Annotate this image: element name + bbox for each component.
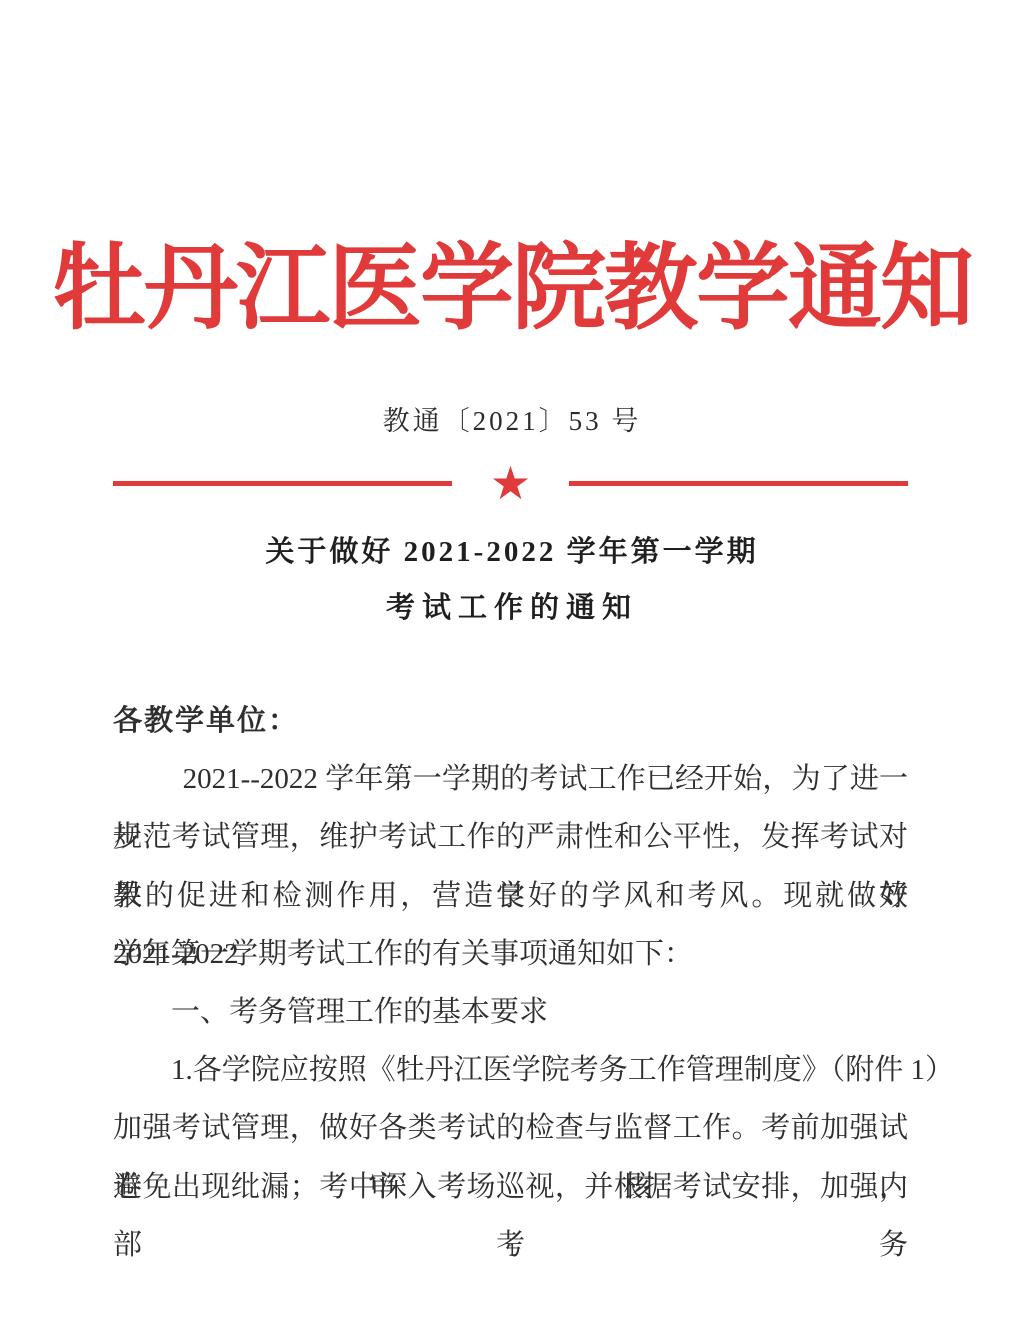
body-line: 避免出现纰漏；考中深入考场巡视，并根据考试安排，加强内部考务 <box>113 1158 908 1216</box>
divider-line-left <box>113 481 452 486</box>
divider-rule: ★ <box>113 461 908 505</box>
notice-title-line2: 考试工作的通知 <box>0 586 1024 630</box>
body-line: 1.各学院应按照《牡丹江医学院考务工作管理制度》（附件 1） <box>113 1041 908 1099</box>
star-icon: ★ <box>490 461 531 505</box>
document-number: 教通〔2021〕53 号 <box>0 400 1024 442</box>
body-line: 一、考务管理工作的基本要求 <box>113 983 908 1041</box>
page-number: 1 <box>0 1236 1024 1266</box>
notice-title-line1: 关于做好 2021-2022 学年第一学期 <box>0 530 1024 574</box>
divider-line-right <box>569 481 908 486</box>
salutation: 各教学单位： <box>113 692 908 750</box>
body-line: 加强考试管理，做好各类考试的检查与监督工作。考前加强试卷审核， <box>113 1099 908 1157</box>
notice-body: 各教学单位： 2021--2022 学年第一学期的考试工作已经开始，为了进一步规… <box>113 692 908 1216</box>
body-line: 果的促进和检测作用，营造良好的学风和考风。现就做好 2021-2022 <box>113 867 908 925</box>
body-line: 2021--2022 学年第一学期的考试工作已经开始，为了进一步 <box>113 750 908 808</box>
masthead-title: 牡丹江医学院教学通知 <box>0 218 1024 360</box>
body-paragraph-lines: 2021--2022 学年第一学期的考试工作已经开始，为了进一步规范考试管理，维… <box>113 750 908 1216</box>
body-line: 规范考试管理，维护考试工作的严肃性和公平性，发挥考试对教学效 <box>113 808 908 866</box>
body-line: 学年第一学期考试工作的有关事项通知如下： <box>113 925 908 983</box>
document-page: 牡丹江医学院教学通知 教通〔2021〕53 号 ★ 关于做好 2021-2022… <box>0 0 1024 1325</box>
